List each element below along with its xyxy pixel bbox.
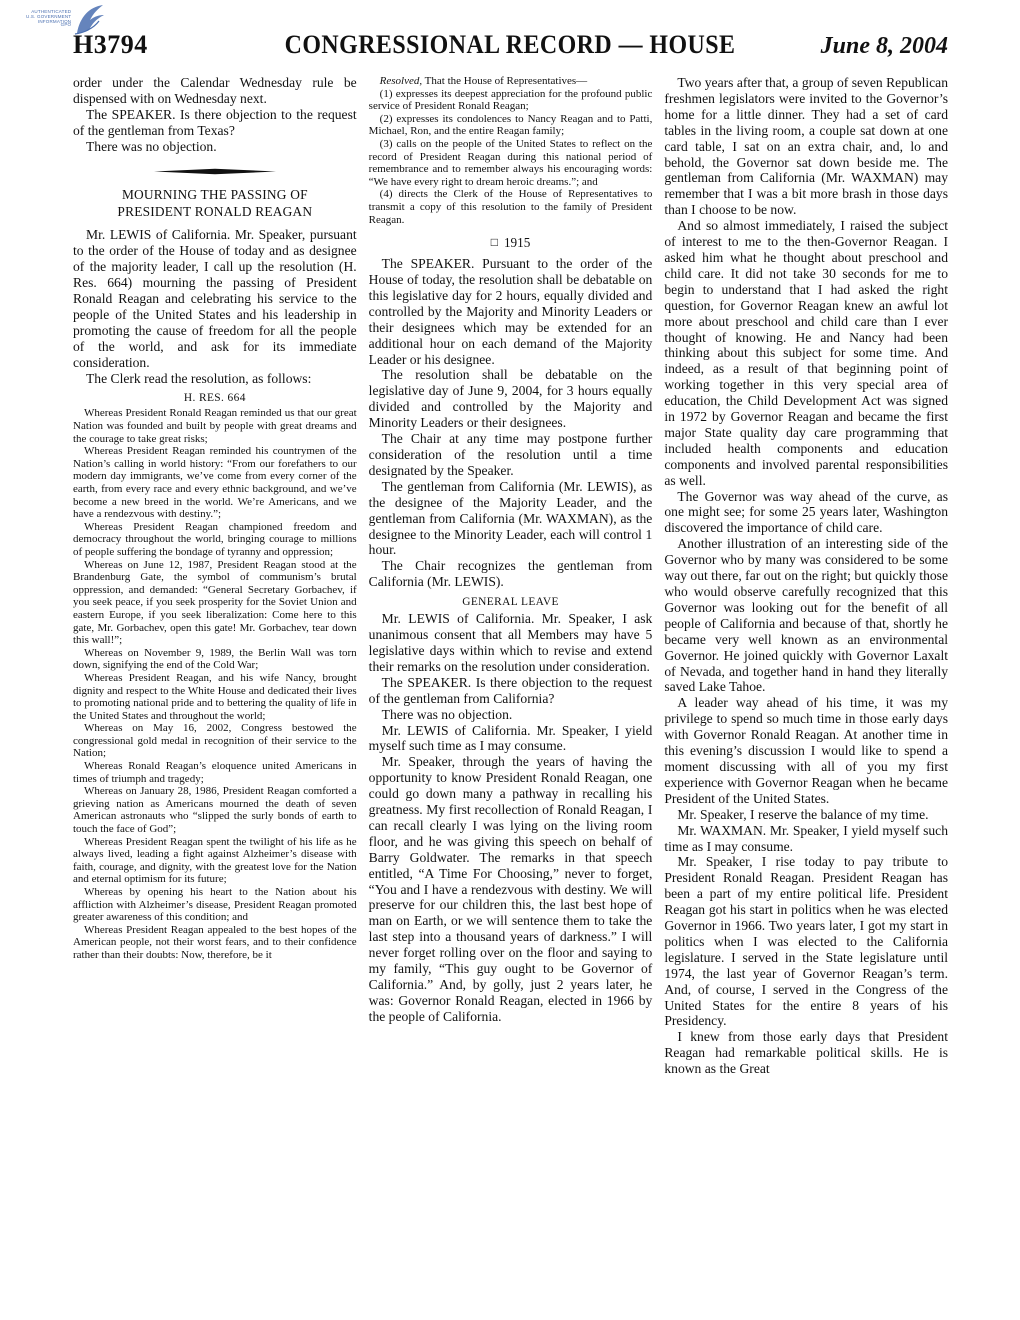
resolution-clause: Whereas on January 28, 1986, President R… <box>73 785 357 835</box>
paragraph: The SPEAKER. Is there objection to the r… <box>73 107 357 139</box>
paragraph: Mr. LEWIS of California. Mr. Speaker, I … <box>369 723 653 755</box>
column-3: Two years after that, a group of seven R… <box>664 75 948 1077</box>
resolution-clause: Whereas on November 9, 1989, the Berlin … <box>73 647 357 672</box>
resolution-clause: Whereas President Reagan championed free… <box>73 521 357 559</box>
sub-heading: GENERAL LEAVE <box>369 596 653 608</box>
resolution-clause: Whereas President Reagan appealed to the… <box>73 924 357 962</box>
paragraph: There was no objection. <box>73 139 357 155</box>
paragraph: The Chair recognizes the gentleman from … <box>369 558 653 590</box>
paragraph: Mr. Speaker, through the years of having… <box>369 754 653 1024</box>
paragraph: The resolution shall be debatable on the… <box>369 367 653 431</box>
gpo-authentication-seal: AUTHENTICATED U.S. GOVERNMENT INFORMATIO… <box>26 3 112 43</box>
paragraph: The gentleman from California (Mr. LEWIS… <box>369 479 653 559</box>
paragraph: There was no objection. <box>369 707 653 723</box>
resolution-clause: Resolved, That the House of Representati… <box>369 75 653 88</box>
resolution-clause: Whereas President Reagan reminded his co… <box>73 445 357 521</box>
gpo-seal-label: GPO <box>61 22 72 27</box>
paragraph: The Chair at any time may postpone furth… <box>369 431 653 479</box>
resolution-clause: Whereas on June 12, 1987, President Reag… <box>73 559 357 647</box>
resolution-clause: (4) directs the Clerk of the House of Re… <box>369 188 653 226</box>
column-2: Resolved, That the House of Representati… <box>369 75 653 1077</box>
resolution-clause: (1) expresses its deepest appreciation f… <box>369 88 653 113</box>
paragraph: Mr. LEWIS of California. Mr. Speaker, pu… <box>73 227 357 370</box>
record-title: CONGRESSIONAL RECORD — HOUSE <box>285 30 736 60</box>
gpo-seal-text: AUTHENTICATED U.S. GOVERNMENT INFORMATIO… <box>26 9 71 27</box>
open-square-icon: □ <box>491 235 498 249</box>
sub-heading: H. RES. 664 <box>73 392 357 404</box>
resolution-clause: Whereas President Ronald Reagan reminded… <box>73 407 357 445</box>
paragraph: The Clerk read the resolution, as follow… <box>73 371 357 387</box>
time-marker: □1915 <box>369 235 653 251</box>
paragraph: Mr. Speaker, I rise today to pay tribute… <box>664 854 948 1029</box>
resolution-clause: (2) expresses its condolences to Nancy R… <box>369 113 653 138</box>
paragraph: Mr. Speaker, I reserve the balance of my… <box>664 807 948 823</box>
paragraph: The SPEAKER. Is there objection to the r… <box>369 675 653 707</box>
paragraph: Mr. WAXMAN. Mr. Speaker, I yield myself … <box>664 823 948 855</box>
page-header: H3794 CONGRESSIONAL RECORD — HOUSE June … <box>0 30 1020 60</box>
paragraph: Two years after that, a group of seven R… <box>664 75 948 218</box>
section-separator <box>73 168 357 175</box>
gpo-eagle-icon <box>73 3 107 37</box>
resolution-clause: Whereas on May 16, 2002, Congress bestow… <box>73 722 357 760</box>
paragraph: order under the Calendar Wednesday rule … <box>73 75 357 107</box>
congressional-record-page: AUTHENTICATED U.S. GOVERNMENT INFORMATIO… <box>0 0 1020 1320</box>
column-1: order under the Calendar Wednesday rule … <box>73 75 357 1077</box>
paragraph: Another illustration of an interesting s… <box>664 536 948 695</box>
paragraph: Mr. LEWIS of California. Mr. Speaker, I … <box>369 611 653 675</box>
article-columns: order under the Calendar Wednesday rule … <box>0 75 1020 1077</box>
resolution-clause: Whereas President Reagan spent the twili… <box>73 836 357 886</box>
record-date: June 8, 2004 <box>821 33 948 60</box>
paragraph: A leader way ahead of his time, it was m… <box>664 695 948 806</box>
paragraph: I knew from those early days that Presid… <box>664 1029 948 1077</box>
section-heading: MOURNING THE PASSING OF PRESIDENT RONALD… <box>95 186 335 221</box>
resolution-clause: Whereas President Reagan, and his wife N… <box>73 672 357 722</box>
paragraph: The Governor was way ahead of the curve,… <box>664 489 948 537</box>
resolution-clause: Whereas by opening his heart to the Nati… <box>73 886 357 924</box>
resolution-clause: Whereas Ronald Reagan’s eloquence united… <box>73 760 357 785</box>
resolution-clause: (3) calls on the people of the United St… <box>369 138 653 188</box>
paragraph: The SPEAKER. Pursuant to the order of th… <box>369 256 653 367</box>
paragraph: And so almost immediately, I raised the … <box>664 218 948 488</box>
